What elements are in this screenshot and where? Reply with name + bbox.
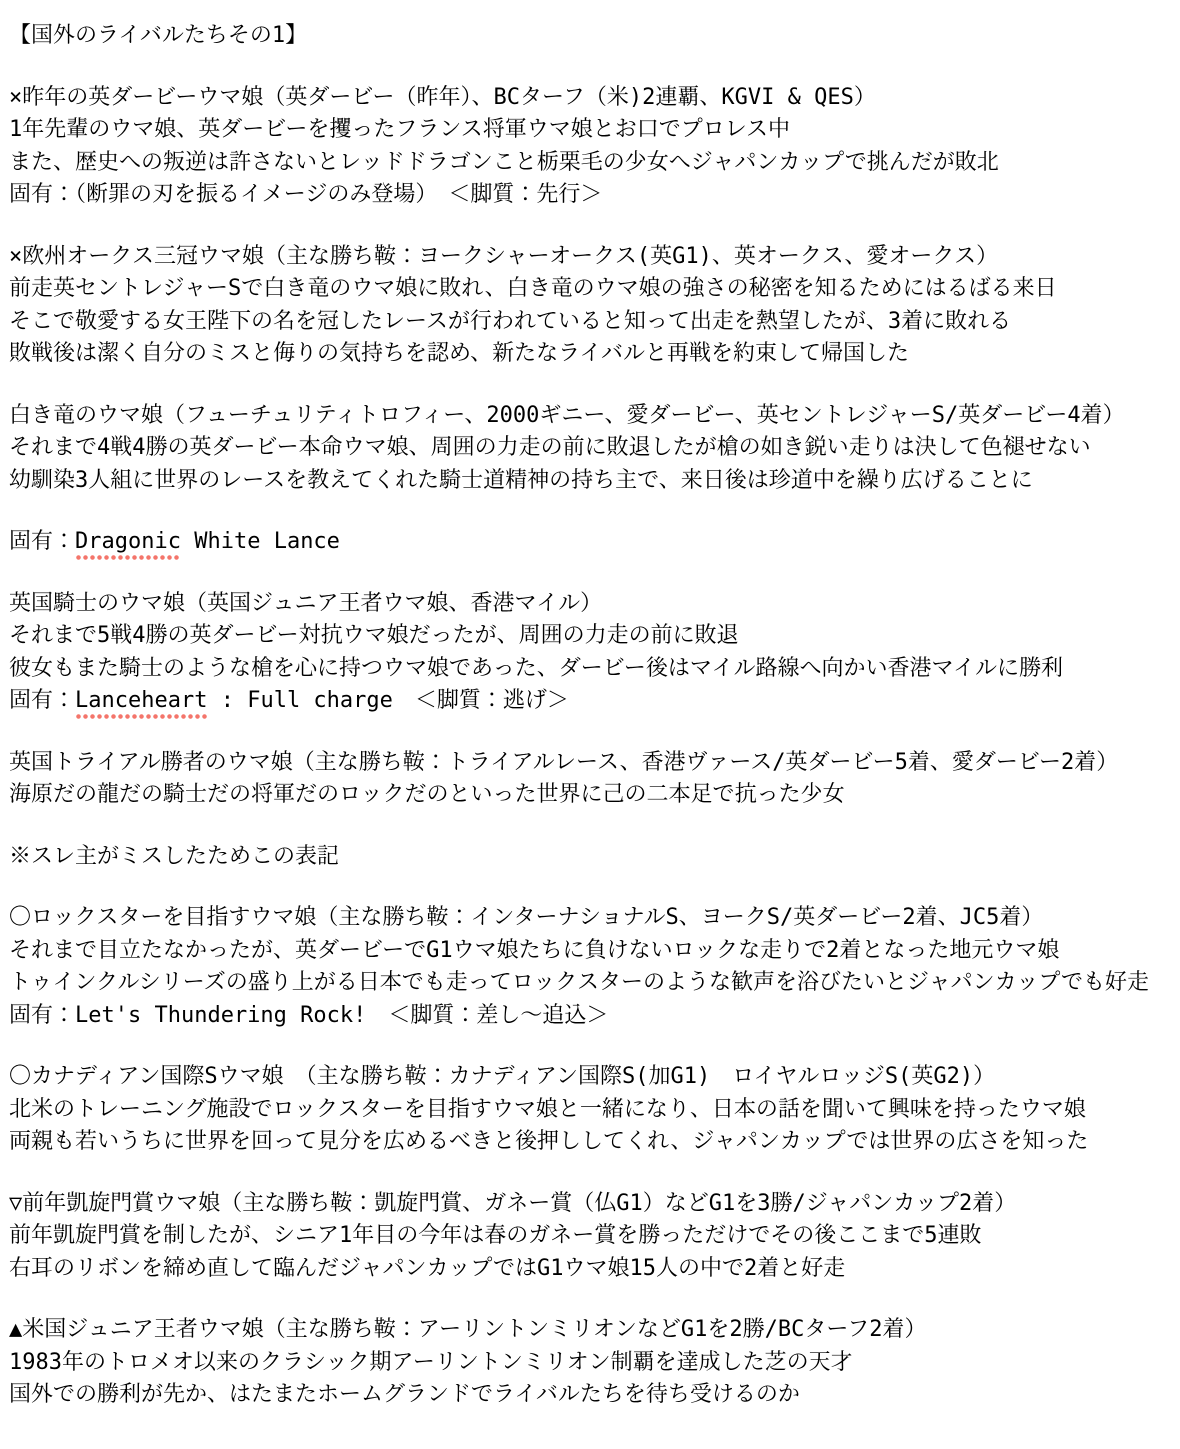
text-line: 〇カナディアン国際Sウマ娘 （主な勝ち鞍：カナディアン国際S(加G1) ロイヤル… — [9, 1061, 1172, 1094]
text-line: 固有：Lanceheart : Full charge ＜脚質：逃げ＞ — [9, 685, 1172, 718]
spellcheck-underlined-word: Dragonic — [75, 529, 181, 561]
text-line: そこで敬愛する女王陛下の名を冠したレースが行われていると知って出走を熱望したが、… — [9, 306, 1172, 339]
paragraph: ▲米国ジュニア王者ウマ娘（主な勝ち鞍：アーリントンミリオンなどG1を2勝/BCタ… — [9, 1314, 1172, 1412]
text-line: 白き竜のウマ娘（フューチュリティトロフィー、2000ギニー、愛ダービー、英セント… — [9, 400, 1172, 433]
text-line: トゥインクルシリーズの盛り上がる日本でも走ってロックスターのような歓声を浴びたい… — [9, 967, 1172, 1000]
paragraph: 固有：Dragonic White Lance — [9, 526, 1172, 559]
text-line: 固有：Let's Thundering Rock! ＜脚質：差し〜追込＞ — [9, 1000, 1172, 1033]
paragraph: 英国トライアル勝者のウマ娘（主な勝ち鞍：トライアルレース、香港ヴァース/英ダービ… — [9, 747, 1172, 812]
text-line: また、歴史への叛逆は許さないとレッドドラゴンこと栃栗毛の少女へジャパンカップで挑… — [9, 147, 1172, 180]
text-line: それまで4戦4勝の英ダービー本命ウマ娘、周囲の力走の前に敗退したが槍の如き鋭い走… — [9, 432, 1172, 465]
text-segment: White Lance — [181, 529, 340, 554]
paragraph: 英国騎士のウマ娘（英国ジュニア王者ウマ娘、香港マイル）それまで5戦4勝の英ダービ… — [9, 588, 1172, 718]
text-line: 〇ロックスターを目指すウマ娘（主な勝ち鞍：インターナショナルS、ヨークS/英ダー… — [9, 902, 1172, 935]
text-line: ▽前年凱旋門賞ウマ娘（主な勝ち鞍：凱旋門賞、ガネー賞（仏G1）などG1を3勝/ジ… — [9, 1188, 1172, 1221]
text-line: 北米のトレーニング施設でロックスターを目指すウマ娘と一緒になり、日本の話を聞いて… — [9, 1094, 1172, 1127]
text-line: 海原だの龍だの騎士だの将軍だのロックだのといった世界に己の二本足で抗った少女 — [9, 779, 1172, 812]
text-segment: 固有： — [9, 688, 75, 713]
text-line: 英国トライアル勝者のウマ娘（主な勝ち鞍：トライアルレース、香港ヴァース/英ダービ… — [9, 747, 1172, 780]
paragraph: ×欧州オークス三冠ウマ娘（主な勝ち鞍：ヨークシャーオークス(英G1)、英オークス… — [9, 241, 1172, 371]
paragraph: ×昨年の英ダービーウマ娘（英ダービー（昨年）、BCターフ（米)2連覇、KGVI … — [9, 82, 1172, 212]
page-title: 【国外のライバルたちその1】 — [9, 20, 1172, 53]
text-line: 右耳のリボンを締め直して臨んだジャパンカップではG1ウマ娘15人の中で2着と好走 — [9, 1253, 1172, 1286]
title-block: 【国外のライバルたちその1】 — [9, 20, 1172, 53]
text-line: 敗戦後は潔く自分のミスと侮りの気持ちを認め、新たなライバルと再戦を約束して帰国し… — [9, 338, 1172, 371]
text-line: 1983年のトロメオ以来のクラシック期アーリントンミリオン制覇を達成した芝の天才 — [9, 1347, 1172, 1380]
text-line: それまで5戦4勝の英ダービー対抗ウマ娘だったが、周囲の力走の前に敗退 — [9, 620, 1172, 653]
text-line: 国外での勝利が先か、はたまたホームグランドでライバルたちを待ち受けるのか — [9, 1379, 1172, 1412]
text-segment: : Full charge ＜脚質：逃げ＞ — [207, 688, 568, 713]
paragraph: ▽前年凱旋門賞ウマ娘（主な勝ち鞍：凱旋門賞、ガネー賞（仏G1）などG1を3勝/ジ… — [9, 1188, 1172, 1286]
text-segment: 固有： — [9, 529, 75, 554]
text-line: 前走英セントレジャーSで白き竜のウマ娘に敗れ、白き竜のウマ娘の強さの秘密を知るた… — [9, 273, 1172, 306]
text-line: 両親も若いうちに世界を回って見分を広めるべきと後押ししてくれ、ジャパンカップでは… — [9, 1126, 1172, 1159]
document-body: ×昨年の英ダービーウマ娘（英ダービー（昨年）、BCターフ（米)2連覇、KGVI … — [9, 82, 1172, 1412]
paragraph: 〇ロックスターを目指すウマ娘（主な勝ち鞍：インターナショナルS、ヨークS/英ダー… — [9, 902, 1172, 1032]
text-line: 前年凱旋門賞を制したが、シニア1年目の今年は春のガネー賞を勝っただけでその後ここ… — [9, 1220, 1172, 1253]
text-line: ※スレ主がミスしたためこの表記 — [9, 841, 1172, 874]
text-line: 幼馴染3人組に世界のレースを教えてくれた騎士道精神の持ち主で、来日後は珍道中を繰… — [9, 465, 1172, 498]
text-line: 英国騎士のウマ娘（英国ジュニア王者ウマ娘、香港マイル） — [9, 588, 1172, 621]
text-line: 彼女もまた騎士のような槍を心に持つウマ娘であった、ダービー後はマイル路線へ向かい… — [9, 653, 1172, 686]
document: 【国外のライバルたちその1】 ×昨年の英ダービーウマ娘（英ダービー（昨年）、BC… — [0, 0, 1180, 1449]
text-line: それまで目立たなかったが、英ダービーでG1ウマ娘たちに負けないロックな走りで2着… — [9, 935, 1172, 968]
spellcheck-underlined-word: Lanceheart — [75, 688, 207, 720]
paragraph: ※スレ主がミスしたためこの表記 — [9, 841, 1172, 874]
paragraph: 白き竜のウマ娘（フューチュリティトロフィー、2000ギニー、愛ダービー、英セント… — [9, 400, 1172, 498]
text-line: 固有：（断罪の刃を振るイメージのみ登場） ＜脚質：先行＞ — [9, 179, 1172, 212]
text-line: ×昨年の英ダービーウマ娘（英ダービー（昨年）、BCターフ（米)2連覇、KGVI … — [9, 82, 1172, 115]
text-line: ▲米国ジュニア王者ウマ娘（主な勝ち鞍：アーリントンミリオンなどG1を2勝/BCタ… — [9, 1314, 1172, 1347]
paragraph: 〇カナディアン国際Sウマ娘 （主な勝ち鞍：カナディアン国際S(加G1) ロイヤル… — [9, 1061, 1172, 1159]
text-line: 固有：Dragonic White Lance — [9, 526, 1172, 559]
text-line: 1年先輩のウマ娘、英ダービーを攫ったフランス将軍ウマ娘とお口でプロレス中 — [9, 114, 1172, 147]
text-line: ×欧州オークス三冠ウマ娘（主な勝ち鞍：ヨークシャーオークス(英G1)、英オークス… — [9, 241, 1172, 274]
